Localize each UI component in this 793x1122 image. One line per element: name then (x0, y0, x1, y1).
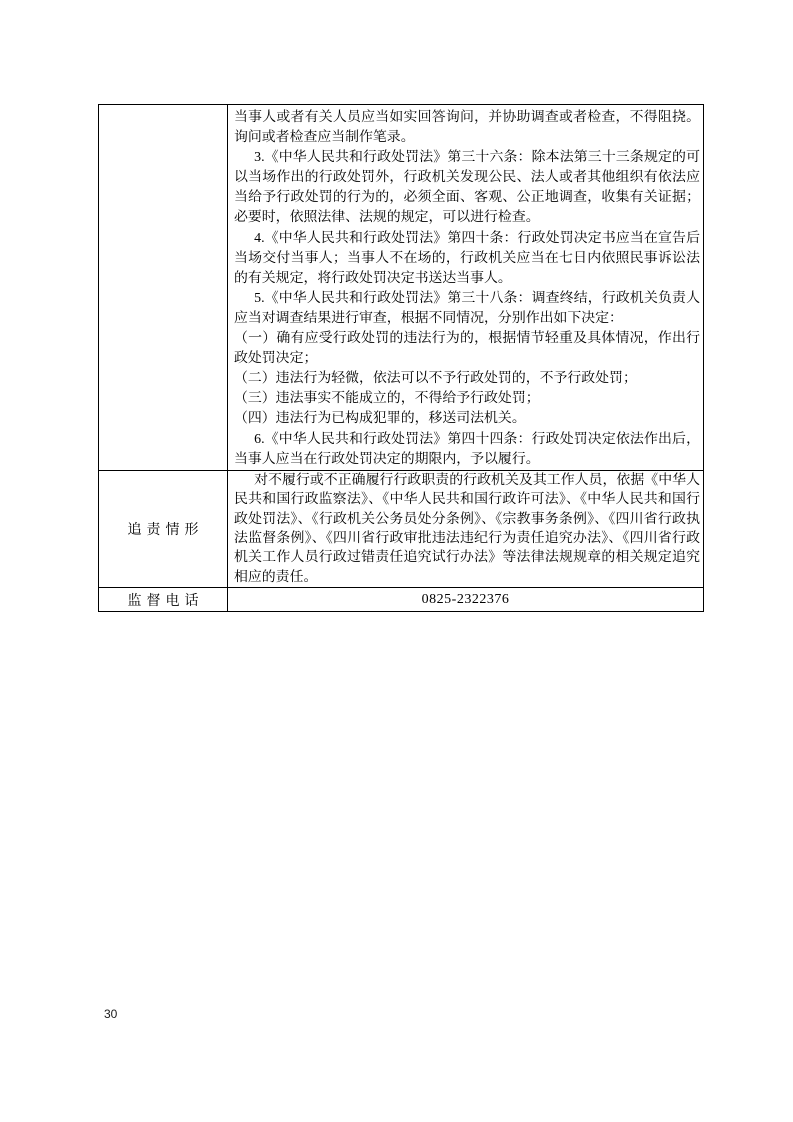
paragraph: （二）违法行为轻微，依法可以不予行政处罚的，不予行政处罚； (234, 369, 700, 389)
paragraph: （四）违法行为已构成犯罪的，移送司法机关。 (234, 409, 700, 429)
paragraph: （一）确有应受行政处罚的违法行为的，根据情节轻重及具体情况，作出行政处罚决定； (234, 329, 700, 369)
document-page: 当事人或者有关人员应当如实回答询问，并协助调查或者检查，不得阻挠。询问或者检查应… (0, 0, 793, 1122)
paragraph: 对不履行或不正确履行行政职责的行政机关及其工作人员，依据《中华人民共和国行政监察… (234, 471, 700, 587)
paragraph: 6.《中华人民共和行政处罚法》第四十四条：行政处罚决定依法作出后，当事人应当在行… (234, 430, 700, 470)
row-label-supervision-phone: 监督电话 (99, 588, 228, 612)
accountability-text-cell: 对不履行或不正确履行行政职责的行政机关及其工作人员，依据《中华人民共和国行政监察… (228, 470, 704, 587)
legal-basis-text-cell: 当事人或者有关人员应当如实回答询问，并协助调查或者检查，不得阻挠。询问或者检查应… (228, 105, 704, 471)
paragraph: 5.《中华人民共和行政处罚法》第三十八条：调查终结，行政机关负责人应当对调查结果… (234, 289, 700, 329)
paragraph: 当事人或者有关人员应当如实回答询问，并协助调查或者检查，不得阻挠。询问或者检查应… (234, 108, 700, 148)
row-label-empty (99, 105, 228, 471)
supervision-phone-value: 0825-2322376 (228, 588, 704, 612)
paragraph: 4.《中华人民共和行政处罚法》第四十条：行政处罚决定书应当在宣告后当场交付当事人… (234, 229, 700, 289)
table-row-legal-basis: 当事人或者有关人员应当如实回答询问，并协助调查或者检查，不得阻挠。询问或者检查应… (99, 105, 704, 471)
table-row-supervision-phone: 监督电话 0825-2322376 (99, 588, 704, 612)
paragraph: （三）违法事实不能成立的，不得给予行政处罚； (234, 389, 700, 409)
page-number: 30 (104, 1007, 117, 1021)
row-label-accountability: 追责情形 (99, 470, 228, 587)
duty-inspection-table: 当事人或者有关人员应当如实回答询问，并协助调查或者检查，不得阻挠。询问或者检查应… (98, 104, 704, 612)
paragraph: 3.《中华人民共和行政处罚法》第三十六条：除本法第三十三条规定的可以当场作出的行… (234, 148, 700, 228)
table-row-accountability: 追责情形 对不履行或不正确履行行政职责的行政机关及其工作人员，依据《中华人民共和… (99, 470, 704, 587)
